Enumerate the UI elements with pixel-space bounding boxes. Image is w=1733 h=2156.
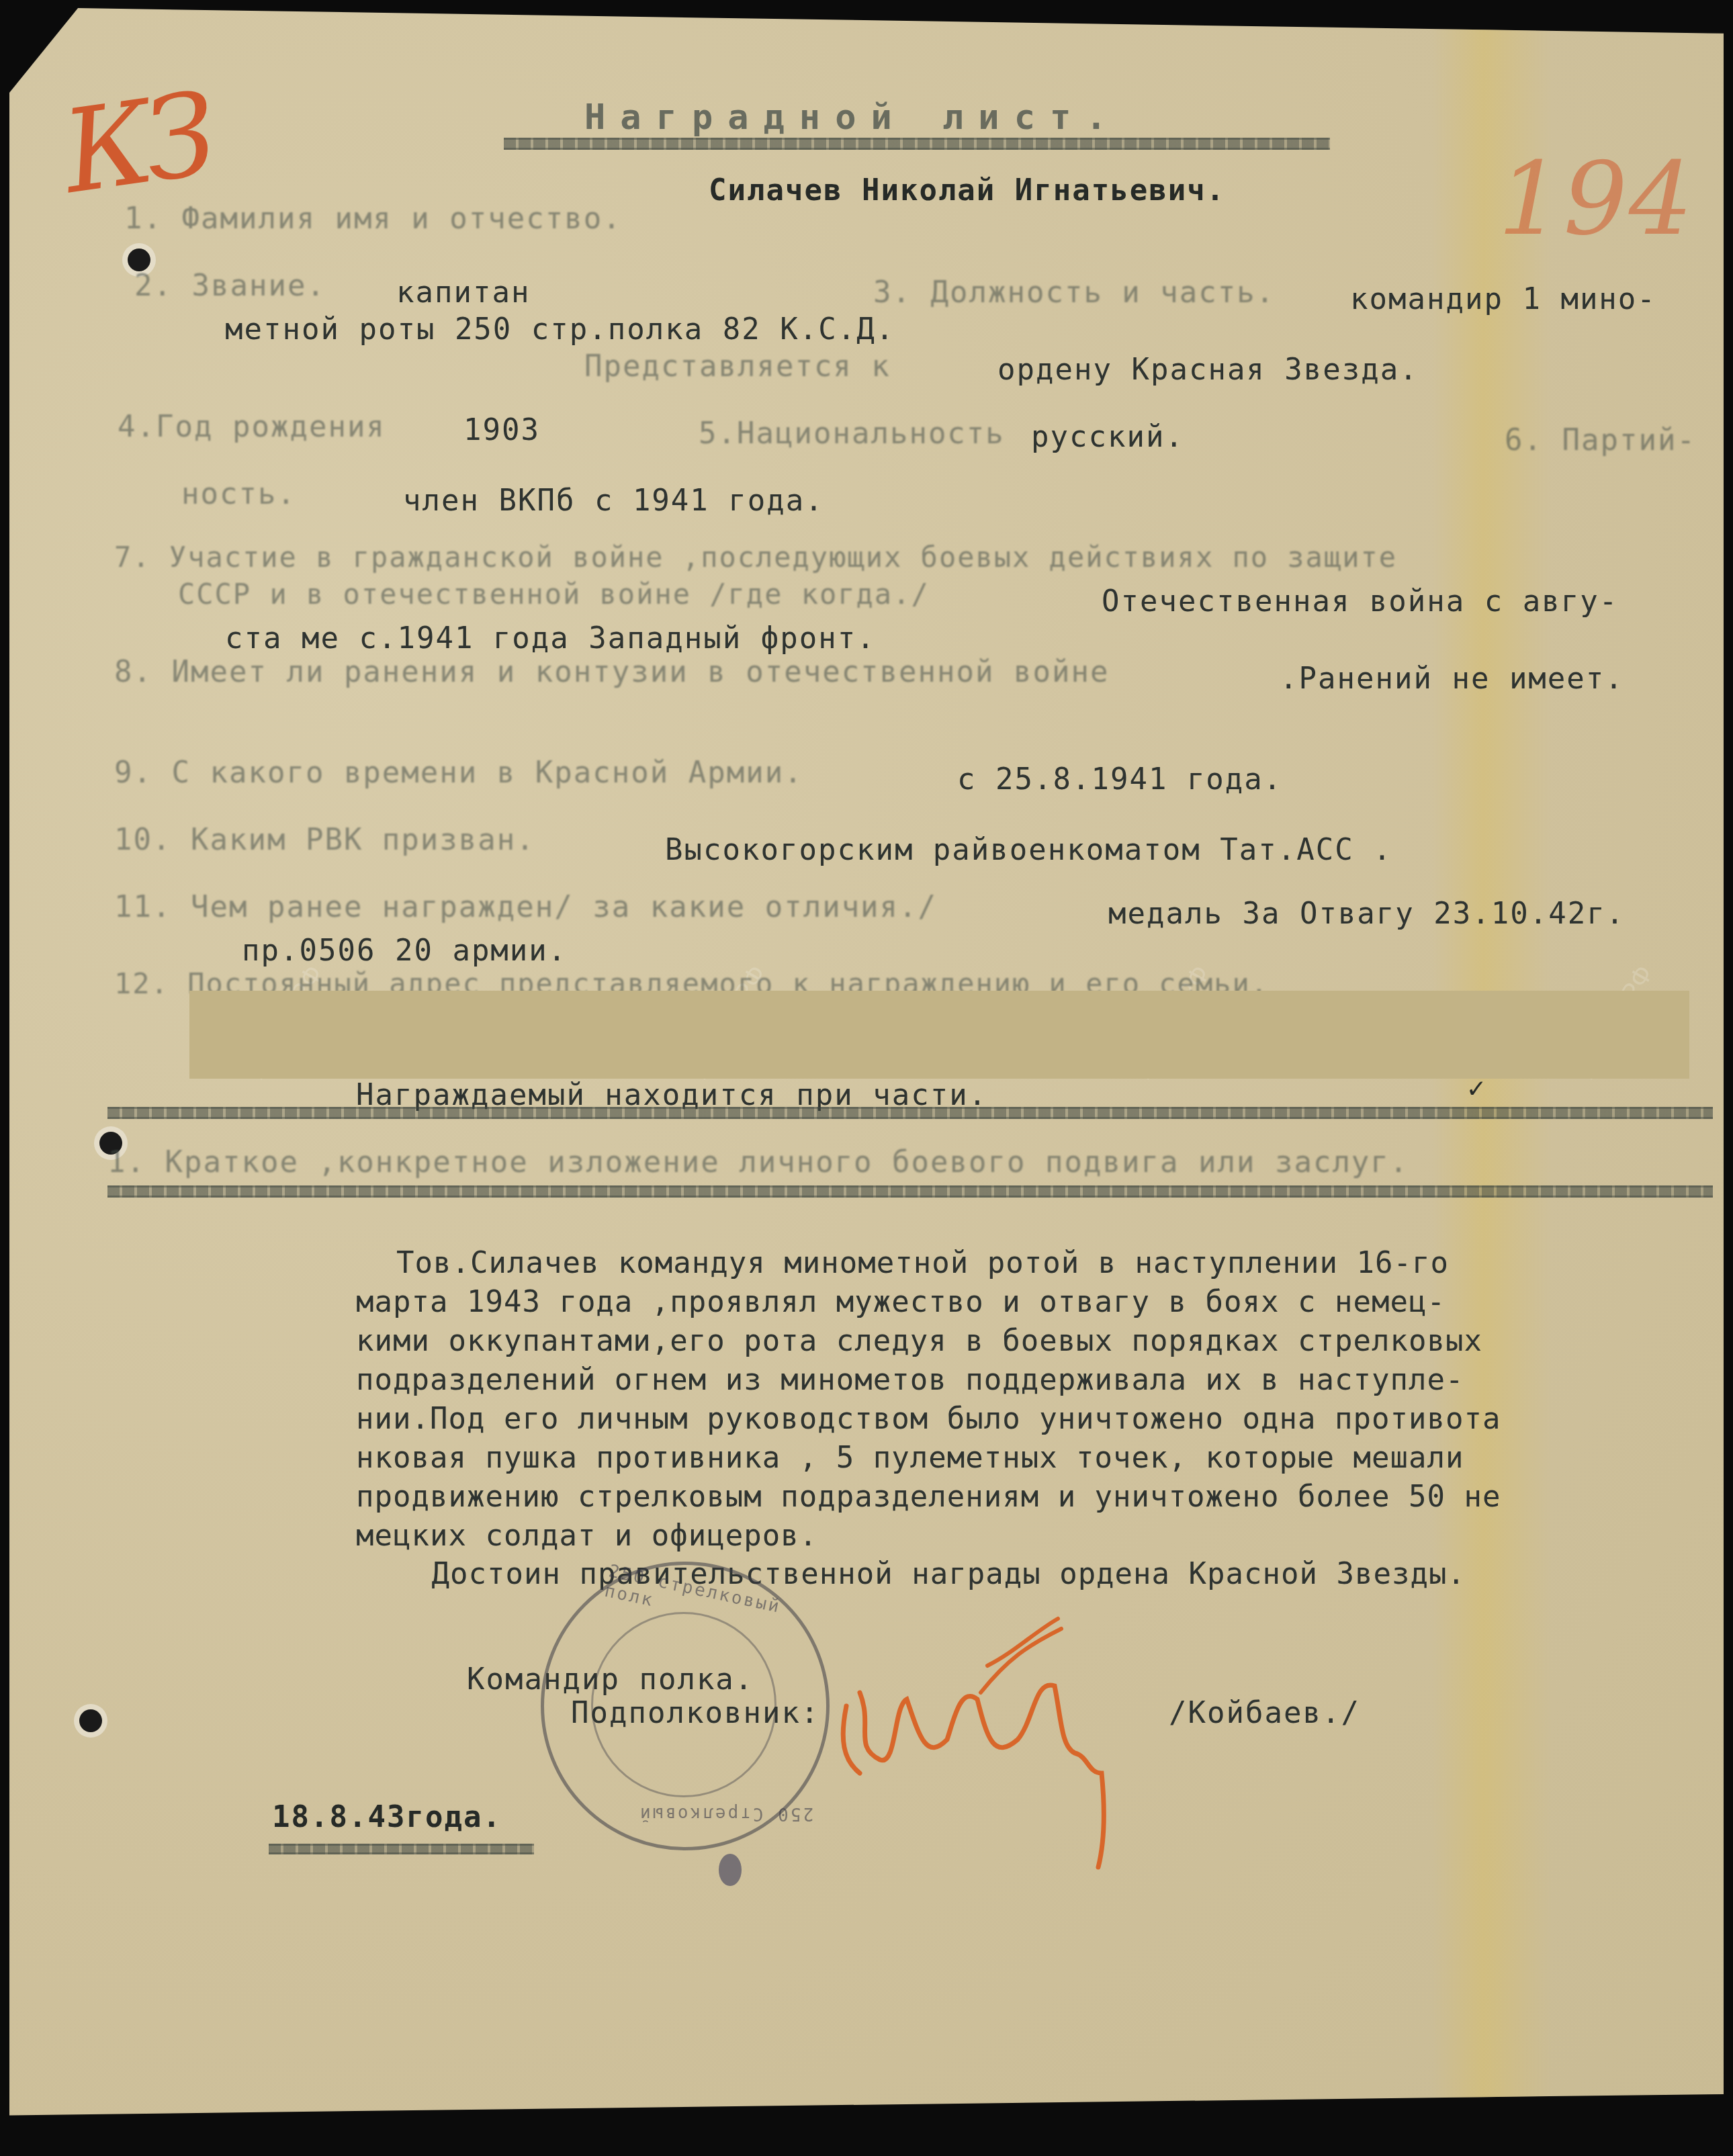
- field-6-value: член ВКПб с 1941 года.: [403, 484, 824, 518]
- signer-name: /Койбаев./: [1169, 1696, 1360, 1730]
- redacted-address-block: [189, 991, 1689, 1079]
- field-7-value: Отечественная война с авгу-: [1102, 584, 1618, 619]
- signer-position: Командир полка.: [467, 1662, 754, 1697]
- field-4-value: 1903: [463, 413, 540, 447]
- field-9-label: 9. С какого времени в Красной Армии.: [114, 756, 803, 790]
- field-8-value: .Ранений не имеет.: [1280, 662, 1624, 696]
- field-10-label: 10. Каким РВК призван.: [114, 823, 535, 857]
- handwritten-signature: [833, 1605, 1182, 1874]
- field-10-value: Высокогорским райвоенкоматом Тат.АСС .: [665, 833, 1392, 867]
- section-13-bottom-rule: [107, 1185, 1713, 1198]
- field-11-value-cont: пр.0506 20 армии.: [242, 934, 567, 968]
- punch-hole: [79, 1709, 102, 1732]
- field-13-label: 1. Краткое ,конкретное изложение личного…: [107, 1145, 1409, 1179]
- field-7-value-cont: ста ме с.1941 года Западный фронт.: [225, 621, 876, 656]
- narrative-line: Тов.Силачев командуя минометной ротой в …: [396, 1246, 1449, 1280]
- narrative-line: марта 1943 года ,проявлял мужество и отв…: [356, 1285, 1446, 1319]
- date-underline: [269, 1844, 534, 1854]
- check-mark: ✓: [1468, 1071, 1486, 1104]
- document-date: 18.8.43года.: [272, 1800, 502, 1834]
- field-2-label: 2. Звание.: [134, 269, 326, 303]
- field-6-label-cont: ность.: [181, 477, 296, 511]
- nominated-award: ордену Красная Звезда.: [997, 353, 1419, 387]
- field-11-label: 11. Чем ранее награжден/ за какие отличи…: [114, 890, 937, 924]
- signer-rank: Подполковник:: [571, 1696, 819, 1730]
- field-5-value: русский.: [1031, 420, 1184, 454]
- document-title: Наградной лист.: [584, 97, 1122, 138]
- field-3-value: командир 1 мино-: [1350, 282, 1656, 316]
- seal-text-bottom: 250 Стрелковый: [638, 1803, 813, 1824]
- field-7-label: 7. Участие в гражданской войне ,последую…: [114, 541, 1397, 574]
- field-3-label: 3. Должность и часть.: [873, 275, 1275, 310]
- narrative-line: Достоин правительственной награды ордена…: [376, 1557, 1466, 1591]
- narrative-line: нии.Под его личным руководством было уни…: [356, 1402, 1501, 1436]
- field-11-value: медаль За Отвагу 23.10.42г.: [1108, 897, 1625, 931]
- section-13-top-rule: [107, 1107, 1713, 1119]
- field-1-label: 1. Фамилия имя и отчество.: [124, 201, 622, 236]
- narrative-line: нковая пушка противника , 5 пулеметных т…: [356, 1441, 1464, 1475]
- red-pencil-mark-kz: КЗ: [55, 68, 218, 220]
- ink-blot: [719, 1854, 742, 1886]
- punch-hole: [128, 249, 150, 271]
- field-7-label-cont: СССР и в отечественной войне /где когда.…: [178, 578, 930, 611]
- field-6-label: 6. Партий-: [1505, 423, 1696, 457]
- field-4-label: 4.Год рождения: [118, 410, 386, 444]
- full-name: Силачев Николай Игнатьевич.: [709, 173, 1225, 208]
- field-3-value-cont: метной роты 250 стр.полка 82 К.С.Д.: [225, 312, 895, 347]
- field-2-value: капитан: [396, 275, 530, 310]
- field-8-label: 8. Имеет ли ранения и контузии в отечест…: [114, 655, 1110, 689]
- red-pencil-mark-194: 194: [1498, 141, 1694, 258]
- field-5-label: 5.Национальность: [699, 416, 1005, 451]
- field-9-value: с 25.8.1941 года.: [957, 762, 1282, 797]
- title-underline: [504, 138, 1330, 150]
- narrative-line: мецких солдат и офицеров.: [356, 1519, 817, 1553]
- nominated-label: Представляется к: [584, 349, 891, 384]
- narrative-line: кими оккупантами,его рота следуя в боевы…: [356, 1324, 1482, 1358]
- narrative-line: подразделений огнем из минометов поддерж…: [356, 1363, 1464, 1397]
- narrative-line: продвижению стрелковым подразделениям и …: [356, 1480, 1501, 1514]
